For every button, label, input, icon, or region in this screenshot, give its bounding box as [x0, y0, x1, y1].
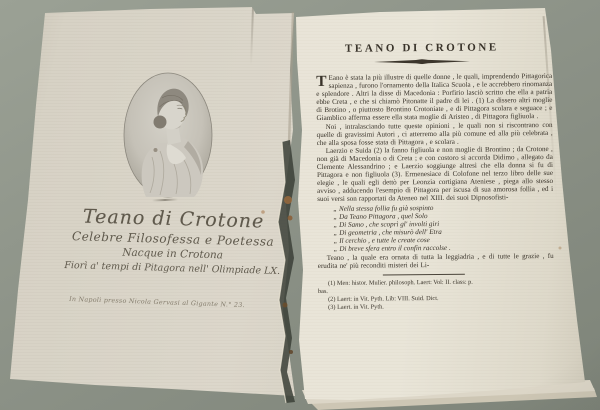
torn-gutter	[0, 0, 600, 410]
gutter-seam	[289, 12, 293, 145]
photo-open-book: Teano di Crotone Celebre Filosofessa e P…	[0, 0, 600, 410]
foxing-spots	[261, 196, 561, 354]
